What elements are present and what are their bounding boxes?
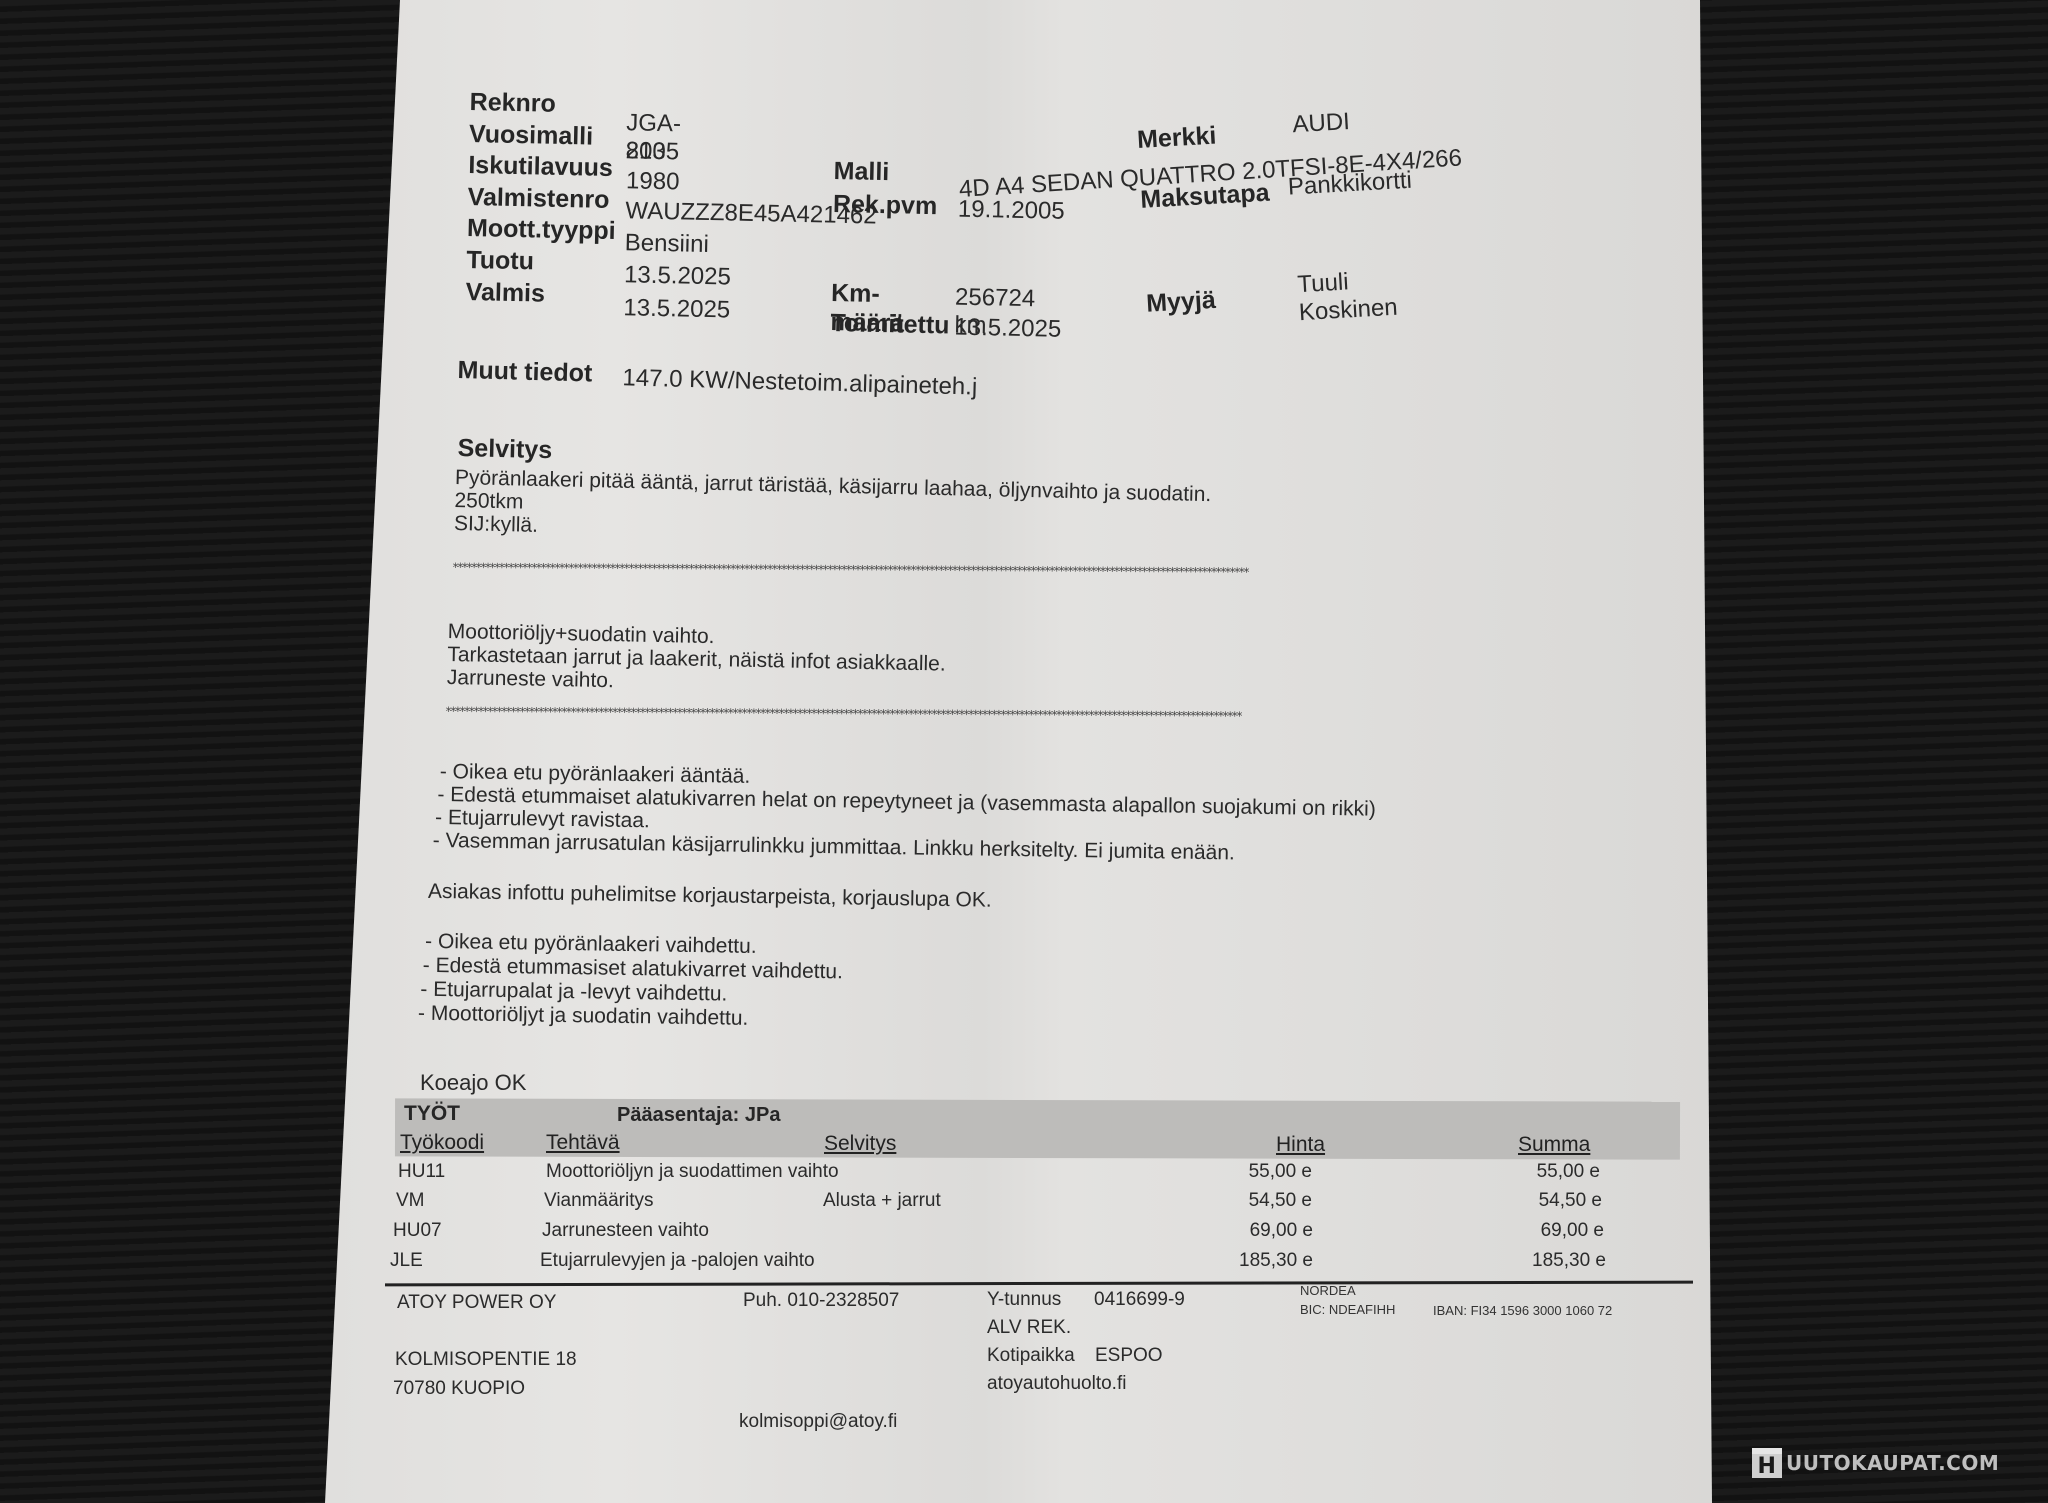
label-maksutapa: Maksutapa xyxy=(1140,179,1271,215)
footer-divider xyxy=(385,1281,1693,1287)
row-sum: 54,50 e xyxy=(1482,1190,1602,1212)
value-myyja: Tuuli Koskinen xyxy=(1297,266,1399,327)
works-mechanic: Pääasentaja: JPa xyxy=(617,1104,780,1127)
label-myyja: Myyjä xyxy=(1145,286,1216,319)
footer-phone: Puh. 010-2328507 xyxy=(743,1290,899,1312)
selvitys-heading: Selvitys xyxy=(457,434,552,465)
selvitys-line: SIJ:kyllä. xyxy=(454,512,539,538)
column-header-note: Selvitys xyxy=(824,1132,896,1156)
row-note: Alusta + jarrut xyxy=(823,1190,941,1212)
footer-bank: NORDEA xyxy=(1300,1283,1356,1298)
footer-kotipaikka: ESPOO xyxy=(1095,1345,1163,1367)
column-header-code: Työkoodi xyxy=(400,1131,484,1155)
footer-email[interactable]: kolmisoppi@atoy.fi xyxy=(739,1411,897,1433)
label-moott-tyyppi: Moott.tyyppi xyxy=(467,214,616,246)
label-toimitettu: Toimitettu xyxy=(830,309,950,340)
invoice-content: Reknro JGA-813 Vuosimalli 2005 Iskutilav… xyxy=(0,0,2048,1503)
value-merkki: AUDI xyxy=(1292,108,1351,139)
row-sum: 69,00 e xyxy=(1484,1220,1604,1242)
row-task: Vianmääritys xyxy=(544,1190,653,1212)
repair-line: - Moottoriöljyt ja suodatin vaihdettu. xyxy=(418,1002,749,1031)
label-merkki: Merkki xyxy=(1136,122,1217,155)
footer-street: KOLMISOPENTIE 18 xyxy=(395,1349,577,1371)
footer-website[interactable]: atoyautohuolto.fi xyxy=(987,1373,1126,1395)
selvitys-line: 250tkm xyxy=(454,489,523,515)
label-iskutilavuus: Iskutilavuus xyxy=(468,151,613,183)
label-tuotu: Tuotu xyxy=(466,246,534,276)
value-toimitettu: 13.5.2025 xyxy=(954,314,1061,344)
footer-alv: ALV REK. xyxy=(987,1317,1071,1339)
row-code: HU11 xyxy=(398,1161,445,1183)
label-valmis: Valmis xyxy=(465,278,545,309)
value-muut-tiedot: 147.0 KW/Nestetoim.alipaineteh.j xyxy=(622,364,977,401)
row-price: 69,00 e xyxy=(1193,1220,1313,1242)
row-task: Moottoriöljyn ja suodattimen vaihto xyxy=(546,1161,839,1183)
footer-ytunnus-label: Y-tunnus xyxy=(987,1289,1061,1311)
watermark-text: UUTOKAUPAT.COM xyxy=(1786,1451,1999,1475)
column-header-sum: Summa xyxy=(1518,1133,1590,1157)
value-vuosimalli: 2005 xyxy=(625,137,679,166)
row-code: HU07 xyxy=(393,1220,442,1242)
value-valmis: 13.5.2025 xyxy=(623,294,730,324)
watermark: H UUTOKAUPAT.COM xyxy=(1752,1448,1999,1478)
works-section-title: TYÖT xyxy=(404,1102,460,1126)
label-vuosimalli: Vuosimalli xyxy=(469,120,594,152)
customer-note: Asiakas infottu puhelimitse korjaustarpe… xyxy=(428,880,992,913)
footer-city: 70780 KUOPIO xyxy=(393,1378,525,1400)
row-sum: 185,30 e xyxy=(1486,1250,1606,1272)
selvitys-line: Pyöränlaakeri pitää ääntä, jarrut tärist… xyxy=(455,466,1212,507)
row-code: JLE xyxy=(390,1250,423,1272)
value-moott-tyyppi: Bensiini xyxy=(624,229,709,259)
footer-company: ATOY POWER OY xyxy=(397,1292,556,1314)
label-valmistenro: Valmistenro xyxy=(467,183,609,215)
value-tuotu: 13.5.2025 xyxy=(624,261,731,291)
label-malli: Malli xyxy=(833,157,889,187)
separator-2: ****************************************… xyxy=(445,706,1650,723)
label-muut-tiedot: Muut tiedot xyxy=(457,356,592,389)
column-header-task: Tehtävä xyxy=(546,1131,620,1155)
footer-ytunnus: 0416699-9 xyxy=(1094,1289,1185,1311)
work-order-line: Jarruneste vaihto. xyxy=(447,666,614,693)
label-rek-pvm: Rek.pvm xyxy=(833,190,938,221)
watermark-logo-icon: H xyxy=(1752,1448,1782,1478)
value-iskutilavuus: 1980 xyxy=(626,167,680,196)
footer-bic: BIC: NDEAFIHH xyxy=(1300,1302,1395,1317)
value-maksutapa: Pankkikortti xyxy=(1287,167,1412,202)
footer-kotipaikka-label: Kotipaikka xyxy=(987,1345,1075,1367)
label-reknro: Reknro xyxy=(469,88,556,119)
row-code: VM xyxy=(396,1190,425,1212)
separator-1: ****************************************… xyxy=(452,562,1644,579)
row-price: 55,00 e xyxy=(1192,1161,1312,1183)
row-price: 185,30 e xyxy=(1193,1250,1313,1272)
column-header-price: Hinta xyxy=(1276,1133,1325,1157)
row-sum: 55,00 e xyxy=(1480,1161,1600,1183)
footer-iban: IBAN: FI34 1596 3000 1060 72 xyxy=(1433,1303,1612,1318)
test-drive-note: Koeajo OK xyxy=(420,1070,526,1096)
row-task: Jarrunesteen vaihto xyxy=(542,1220,709,1242)
finding-line: - Vasemman jarrusatulan käsijarrulinkku … xyxy=(433,829,1235,866)
row-price: 54,50 e xyxy=(1192,1190,1312,1212)
row-task: Etujarrulevyjen ja -palojen vaihto xyxy=(540,1250,815,1272)
